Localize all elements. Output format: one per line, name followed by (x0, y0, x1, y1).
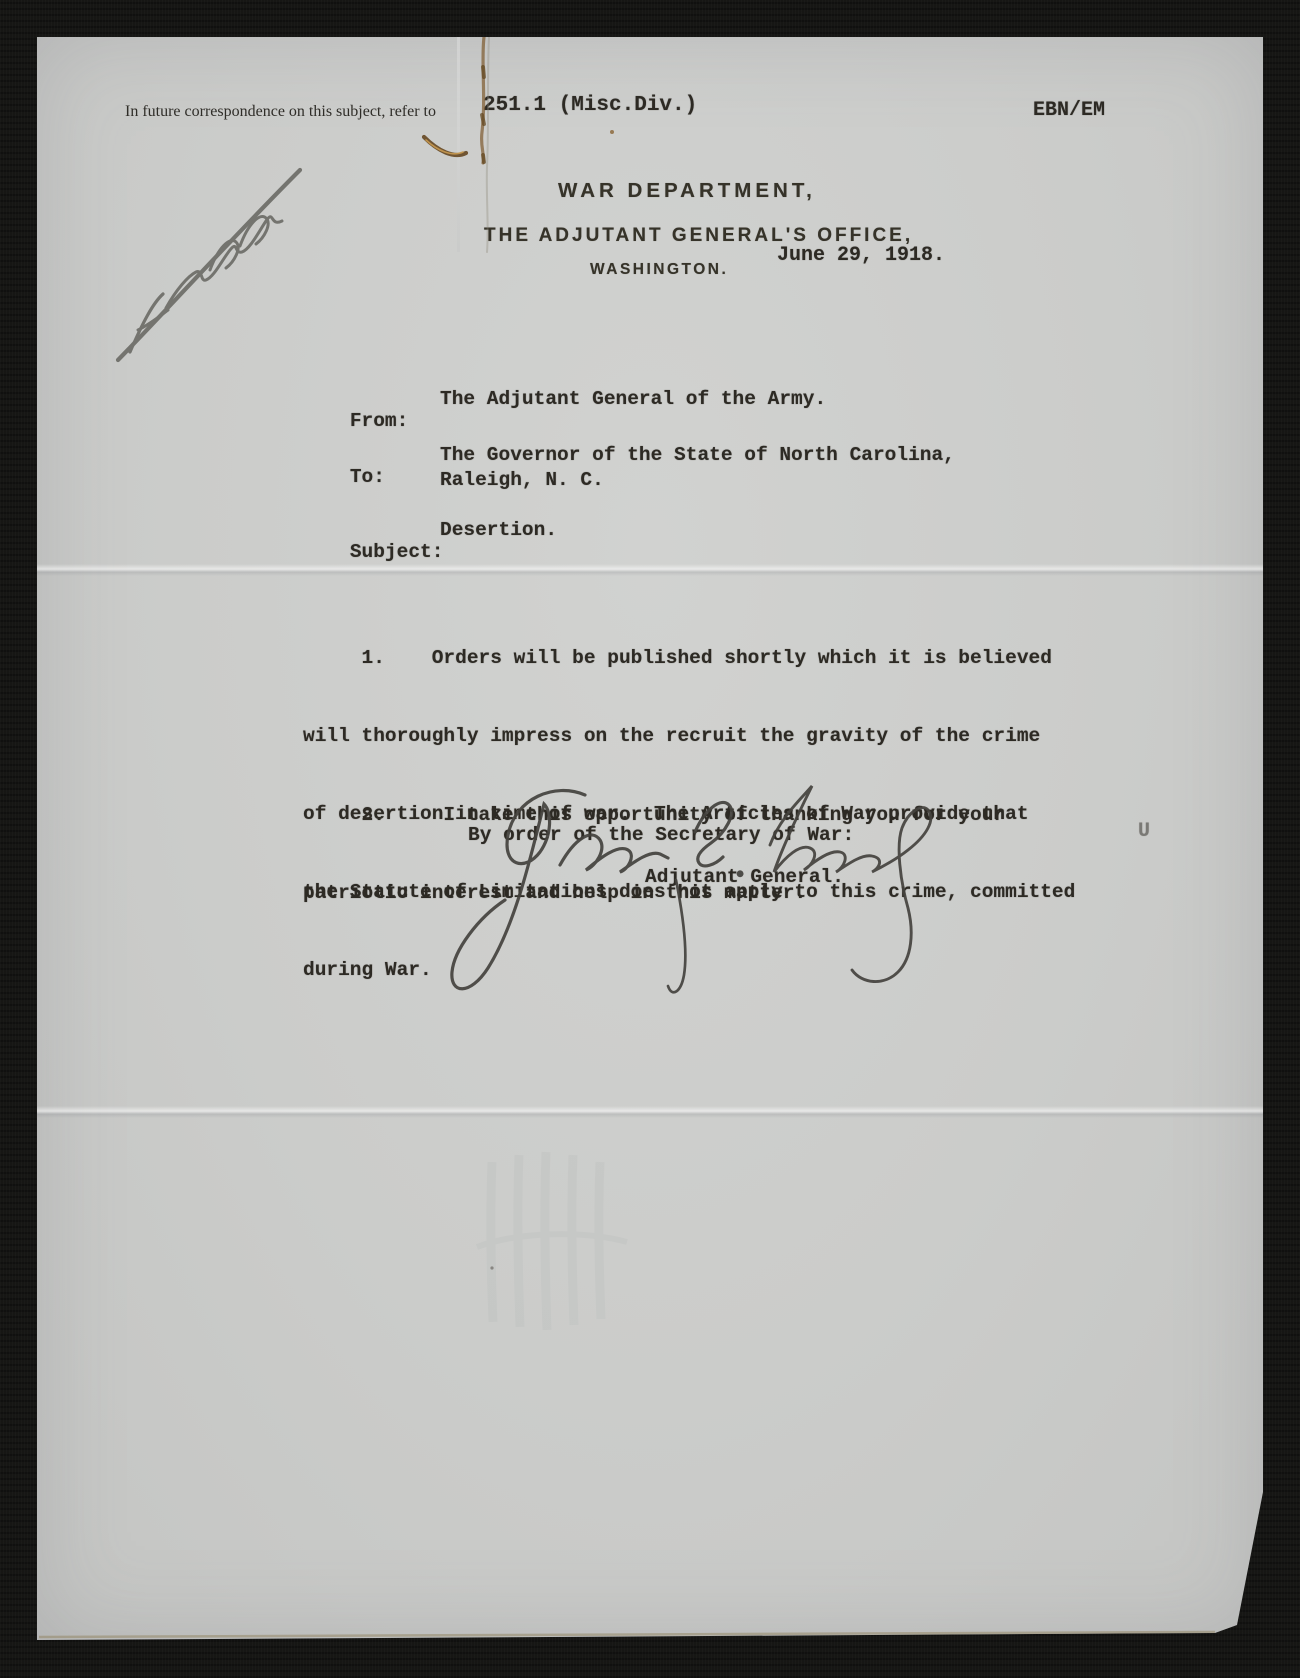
reference-note: In future correspondence on this subject… (125, 103, 436, 121)
from-value: The Adjutant General of the Army. (440, 388, 826, 410)
pencil-annotation: Full (118, 170, 300, 360)
to-value-line2: Raleigh, N. C. (440, 469, 604, 491)
paragraph-2: 2. I take this opportunity of thanking y… (303, 750, 1005, 958)
scan-background: { "palette": { "mat_background": "#16161… (0, 0, 1300, 1678)
by-order-line: By order of the Secretary of War: (468, 824, 854, 846)
to-row-line2: Raleigh, N. C. (303, 469, 1103, 493)
from-row: From: The Adjutant General of the Army. (303, 388, 1103, 412)
subject-row: Subject: Desertion. (303, 519, 1103, 543)
vertical-crease (457, 37, 460, 252)
subject-value: Desertion. (440, 519, 557, 541)
stray-typed-mark: U (1138, 820, 1150, 843)
paragraph-1-line: during War. (303, 957, 1075, 983)
letterhead-department: WAR DEPARTMENT, (558, 179, 816, 203)
clerk-initials: EBN/EM (1033, 99, 1105, 122)
reference-number: 251.1 (Misc.Div.) (483, 94, 697, 117)
fold-crease-lower (37, 1106, 1263, 1118)
letter-page: In future correspondence on this subject… (37, 37, 1263, 1640)
fold-crease-upper (37, 564, 1263, 576)
paragraph-1-line: will thoroughly impress on the recruit t… (303, 723, 1075, 749)
signature-title: Adjutant General. (645, 866, 844, 888)
subject-label: Subject: (350, 541, 444, 563)
letter-date: June 29, 1918. (777, 244, 945, 267)
watermark-ghost (477, 1152, 627, 1330)
paragraph-1-line: 1. Orders will be published shortly whic… (303, 645, 1075, 671)
letterhead-city: WASHINGTON. (590, 261, 728, 279)
bottom-edge-shadow (39, 1632, 1215, 1637)
to-value: The Governor of the State of North Carol… (440, 444, 955, 466)
from-label: From: (350, 410, 409, 432)
to-row: To: The Governor of the State of North C… (303, 444, 1103, 468)
